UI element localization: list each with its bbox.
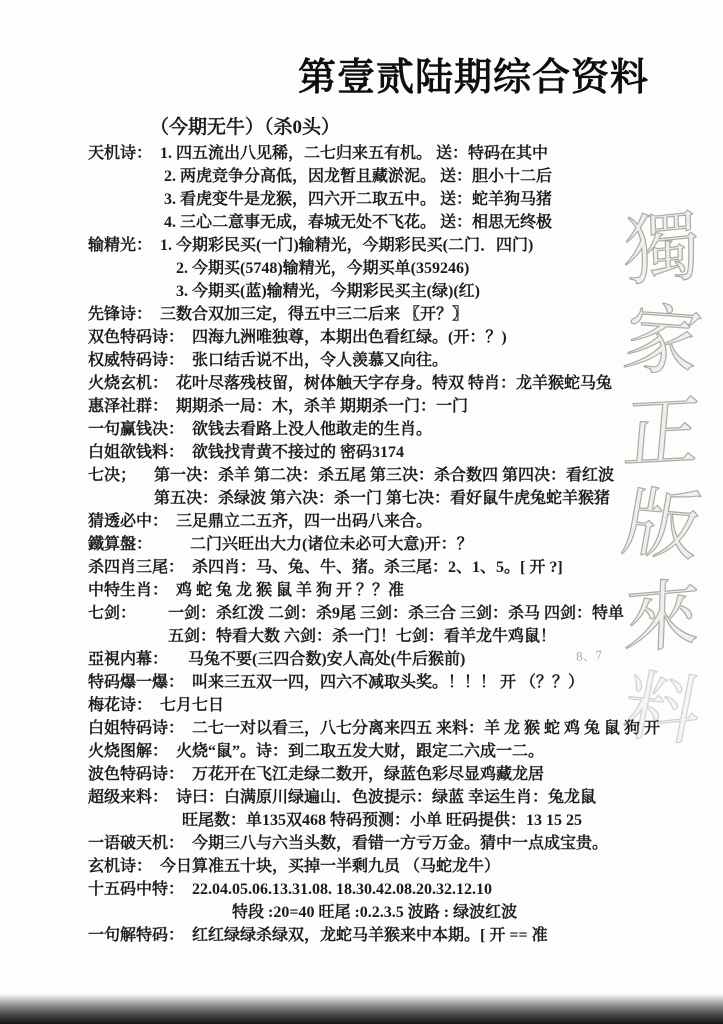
text-line: 期期杀一局：木，杀羊 期期杀一门：一门 — [176, 395, 709, 418]
text-line: 杀四肖：马、兔、牛、猪。杀三尾：2、1、5。[ 开 ?] — [192, 556, 709, 579]
data-row: 梅花诗： 七月七日 — [88, 694, 709, 717]
row-label: 输精光： — [88, 234, 152, 257]
data-row: 权威特码诗： 张口结舌说不出，令人羡慕又向往。 — [88, 349, 709, 372]
row-label: 玄机诗： — [88, 855, 152, 878]
row-label: 天机诗： — [88, 142, 152, 165]
text-line: 今期三八与六当头数，看错一方亏万金。猜中一点成宝贵。 — [192, 832, 709, 855]
data-row: 特码爆一爆： 叫来三五双一四，四六不减取头奖。！！！ 开 （？？） — [88, 671, 709, 694]
row-label: 惠泽社群： — [88, 395, 168, 418]
row-lines: 马兔不要(三四合数)安人高处(牛后猴前) — [176, 648, 709, 671]
data-row: 惠泽社群： 期期杀一局：木，杀羊 期期杀一门：一门 — [88, 395, 709, 418]
text-line: 22.04.05.06.13.31.08. 18.30.42.08.20.32.… — [192, 878, 709, 901]
data-row: 亞視内幕： 马兔不要(三四合数)安人高处(牛后猴前) — [88, 648, 709, 671]
document-page: 第壹贰陆期综合资料 （今期无牛）（杀0头） 天机诗： 1. 四五流出八见稀，二七… — [0, 0, 723, 947]
text-line: 欲钱去看路上没人他敢走的生肖。 — [192, 418, 709, 441]
row-lines: 今期三八与六当头数，看错一方亏万金。猜中一点成宝贵。 — [192, 832, 709, 855]
row-label: 权威特码诗： — [88, 349, 184, 372]
text-line: 3. 今期买(蓝)输精光，今期彩民买主(绿)(红) — [160, 280, 709, 303]
text-line: 旺尾数：单135双468 特码预测：小单 旺码提供：13 15 25 — [176, 809, 709, 832]
row-lines: 三数合双加三定，得五中三二后来 〖开？〗 — [160, 303, 709, 326]
row-lines: 万花开在飞江走绿二数开，绿蓝色彩尽显鸡藏龙居 — [192, 763, 709, 786]
content-rows: 天机诗： 1. 四五流出八见稀，二七归来五有机。 送：特码在其中2. 两虎竞争分… — [88, 142, 709, 947]
row-lines: 二门兴旺出大力(诸位未必可大意)开：？ — [160, 533, 709, 556]
row-lines: 今日算准五十块，买掉一半剩九员 （马蛇龙牛） — [160, 855, 709, 878]
text-line: 欲钱找青黄不接过的 密码3174 — [192, 441, 709, 464]
text-line: 火烧“鼠”。诗：到二取五发大财，跟定二六成一二。 — [176, 740, 709, 763]
text-line: 特段 :20=40 旺尾 :0.2.3.5 波路 : 绿波红波 — [192, 901, 709, 924]
row-lines: 四海九洲唯独尊，本期出色看红绿。(开：？) — [192, 326, 709, 349]
row-lines: 叫来三五双一四，四六不减取头奖。！！！ 开 （？？） — [192, 671, 709, 694]
row-label: 梅花诗： — [88, 694, 152, 717]
data-row: 十五码中特： 22.04.05.06.13.31.08. 18.30.42.08… — [88, 878, 709, 924]
text-line: 二七一对以看三，八七分离来四五 来料：羊 龙 猴 蛇 鸡 兔 鼠 狗 开 — [192, 717, 709, 740]
row-lines: 1. 今期彩民买(一门)输精光，今期彩民买(二门．四门)2. 今期买(5748)… — [160, 234, 709, 303]
text-line: 七月七日 — [160, 694, 709, 717]
row-lines: 杀四肖：马、兔、牛、猪。杀三尾：2、1、5。[ 开 ?] — [192, 556, 709, 579]
row-label: 波色特码诗： — [88, 763, 184, 786]
text-line: 三数合双加三定，得五中三二后来 〖开？〗 — [160, 303, 709, 326]
data-row: 火烧玄机： 花叶尽落残枝留，树体触天字存身。特双 特肖：龙羊猴蛇马兔 — [88, 372, 709, 395]
row-label: 鐵算盤： — [88, 533, 152, 556]
row-label: 一句解特码： — [88, 924, 184, 947]
text-line: 四海九洲唯独尊，本期出色看红绿。(开：？) — [192, 326, 709, 349]
data-row: 超级来料： 诗曰：白满原川绿遍山．色波提示：绿蓝 幸运生肖：兔龙鼠旺尾数：单13… — [88, 786, 709, 832]
text-line: 万花开在飞江走绿二数开，绿蓝色彩尽显鸡藏龙居 — [192, 763, 709, 786]
row-lines: 红红绿绿杀绿双，龙蛇马羊猴来中本期。[ 开 == 准 — [192, 924, 709, 947]
data-row: 双色特码诗： 四海九洲唯独尊，本期出色看红绿。(开：？) — [88, 326, 709, 349]
row-label: 中特生肖： — [88, 579, 168, 602]
text-line: 叫来三五双一四，四六不减取头奖。！！！ 开 （？？） — [192, 671, 709, 694]
data-row: 波色特码诗： 万花开在飞江走绿二数开，绿蓝色彩尽显鸡藏龙居 — [88, 763, 709, 786]
row-lines: 期期杀一局：木，杀羊 期期杀一门：一门 — [176, 395, 709, 418]
text-line: 2. 两虎竞争分高低，因龙暂且藏淤泥。 送：胆小十二后 — [160, 165, 709, 188]
text-line: 红红绿绿杀绿双，龙蛇马羊猴来中本期。[ 开 == 准 — [192, 924, 709, 947]
text-line: 张口结舌说不出，令人羡慕又向往。 — [192, 349, 709, 372]
data-row: 七剑： 一剑：杀红泼 二剑：杀9尾 三剑：杀三合 三剑：杀马 四剑：特单五剑：特… — [88, 602, 709, 648]
row-label: 火烧图解： — [88, 740, 168, 763]
row-lines: 三足鼎立二五齐，四一出码八来合。 — [176, 510, 709, 533]
row-label: 特码爆一爆： — [88, 671, 184, 694]
row-lines: 22.04.05.06.13.31.08. 18.30.42.08.20.32.… — [192, 878, 709, 924]
text-line: 今日算准五十块，买掉一半剩九员 （马蛇龙牛） — [160, 855, 709, 878]
row-label: 火烧玄机： — [88, 372, 168, 395]
row-lines: 张口结舌说不出，令人羡慕又向往。 — [192, 349, 709, 372]
text-line: 马兔不要(三四合数)安人高处(牛后猴前) — [176, 648, 709, 671]
row-lines: 第一决：杀羊 第二决：杀五尾 第三决：杀合数四 第四决：看红波第五决：杀绿波 第… — [154, 464, 709, 510]
data-row: 白姐欲钱料： 欲钱找青黄不接过的 密码3174 — [88, 441, 709, 464]
text-line: 2. 今期买(5748)输精光，今期买单(359246) — [160, 257, 709, 280]
row-label: 杀四肖三尾： — [88, 556, 184, 579]
data-row: 猜透必中： 三足鼎立二五齐，四一出码八来合。 — [88, 510, 709, 533]
data-row: 白姐特码诗： 二七一对以看三，八七分离来四五 来料：羊 龙 猴 蛇 鸡 兔 鼠 … — [88, 717, 709, 740]
row-lines: 一剑：杀红泼 二剑：杀9尾 三剑：杀三合 三剑：杀马 四剑：特单五剑：特看大数 … — [154, 602, 709, 648]
row-label: 双色特码诗： — [88, 326, 184, 349]
data-row: 玄机诗： 今日算准五十块，买掉一半剩九员 （马蛇龙牛） — [88, 855, 709, 878]
row-label: 猜透必中： — [88, 510, 168, 533]
row-lines: 诗曰：白满原川绿遍山．色波提示：绿蓝 幸运生肖：兔龙鼠旺尾数：单135双468 … — [176, 786, 709, 832]
row-lines: 1. 四五流出八见稀，二七归来五有机。 送：特码在其中2. 两虎竞争分高低，因龙… — [160, 142, 709, 234]
row-label: 一句赢钱决： — [88, 418, 184, 441]
row-label: 亞視内幕： — [88, 648, 168, 671]
text-line: 第五决：杀绿波 第六决：杀一门 第七决：看好鼠牛虎兔蛇羊猴猪 — [154, 487, 709, 510]
text-line: 五剑：特看大数 六剑：杀一门！七剑：看羊龙牛鸡鼠！ — [154, 625, 709, 648]
data-row: 中特生肖： 鸡 蛇 兔 龙 猴 鼠 羊 狗 开 ？？准 — [88, 579, 709, 602]
data-row: 天机诗： 1. 四五流出八见稀，二七归来五有机。 送：特码在其中2. 两虎竞争分… — [88, 142, 709, 234]
row-lines: 欲钱去看路上没人他敢走的生肖。 — [192, 418, 709, 441]
row-lines: 欲钱找青黄不接过的 密码3174 — [192, 441, 709, 464]
row-label: 十五码中特： — [88, 878, 184, 901]
row-lines: 鸡 蛇 兔 龙 猴 鼠 羊 狗 开 ？？准 — [176, 579, 709, 602]
data-row: 七决； 第一决：杀羊 第二决：杀五尾 第三决：杀合数四 第四决：看红波第五决：杀… — [88, 464, 709, 510]
data-row: 一句赢钱决： 欲钱去看路上没人他敢走的生肖。 — [88, 418, 709, 441]
text-line: 一剑：杀红泼 二剑：杀9尾 三剑：杀三合 三剑：杀马 四剑：特单 — [154, 602, 709, 625]
page-subtitle: （今期无牛）（杀0头） — [150, 112, 709, 139]
text-line: 第一决：杀羊 第二决：杀五尾 第三决：杀合数四 第四决：看红波 — [154, 464, 709, 487]
data-row: 鐵算盤： 二门兴旺出大力(诸位未必可大意)开：？ — [88, 533, 709, 556]
text-line: 1. 四五流出八见稀，二七归来五有机。 送：特码在其中 — [160, 142, 709, 165]
row-lines: 花叶尽落残枝留，树体触天字存身。特双 特肖：龙羊猴蛇马兔 — [176, 372, 709, 395]
row-lines: 七月七日 — [160, 694, 709, 717]
text-line: 三足鼎立二五齐，四一出码八来合。 — [176, 510, 709, 533]
scan-shadow-bar — [0, 994, 723, 1024]
data-row: 一句解特码： 红红绿绿杀绿双，龙蛇马羊猴来中本期。[ 开 == 准 — [88, 924, 709, 947]
row-label: 七剑： — [88, 602, 146, 625]
row-lines: 二七一对以看三，八七分离来四五 来料：羊 龙 猴 蛇 鸡 兔 鼠 狗 开 — [192, 717, 709, 740]
text-line: 鸡 蛇 兔 龙 猴 鼠 羊 狗 开 ？？准 — [176, 579, 709, 602]
row-label: 超级来料： — [88, 786, 168, 809]
row-label: 一语破天机： — [88, 832, 184, 855]
data-row: 火烧图解： 火烧“鼠”。诗：到二取五发大财，跟定二六成一二。 — [88, 740, 709, 763]
row-label: 先锋诗： — [88, 303, 152, 326]
row-label: 七决； — [88, 464, 146, 487]
row-lines: 火烧“鼠”。诗：到二取五发大财，跟定二六成一二。 — [176, 740, 709, 763]
data-row: 输精光： 1. 今期彩民买(一门)输精光，今期彩民买(二门．四门)2. 今期买(… — [88, 234, 709, 303]
data-row: 先锋诗： 三数合双加三定，得五中三二后来 〖开？〗 — [88, 303, 709, 326]
text-line: 3. 看虎变牛是龙猴，四六开二取五中。 送：蛇羊狗马猪 — [160, 188, 709, 211]
row-label: 白姐特码诗： — [88, 717, 184, 740]
text-line: 二门兴旺出大力(诸位未必可大意)开：？ — [160, 533, 709, 556]
data-row: 杀四肖三尾： 杀四肖：马、兔、牛、猪。杀三尾：2、1、5。[ 开 ?] — [88, 556, 709, 579]
page-title: 第壹贰陆期综合资料 — [298, 46, 709, 101]
text-line: 花叶尽落残枝留，树体触天字存身。特双 特肖：龙羊猴蛇马兔 — [176, 372, 709, 395]
text-line: 诗曰：白满原川绿遍山．色波提示：绿蓝 幸运生肖：兔龙鼠 — [176, 786, 709, 809]
row-label: 白姐欲钱料： — [88, 441, 184, 464]
text-line: 1. 今期彩民买(一门)输精光，今期彩民买(二门．四门) — [160, 234, 709, 257]
data-row: 一语破天机： 今期三八与六当头数，看错一方亏万金。猜中一点成宝贵。 — [88, 832, 709, 855]
text-line: 4. 三心二意事无成，春城无处不飞花。 送：相思无终极 — [160, 211, 709, 234]
